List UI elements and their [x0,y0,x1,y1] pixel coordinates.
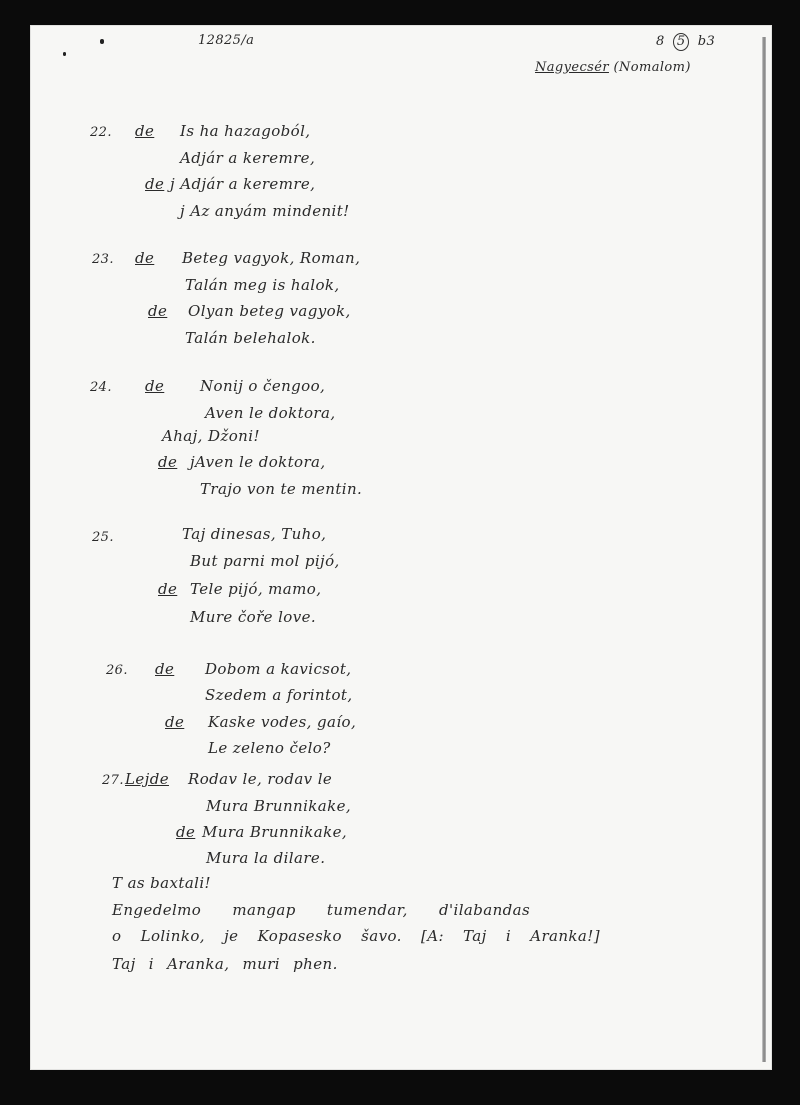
verse-line: Talán meg is halok, [185,276,340,294]
line-prefix: de [135,122,154,140]
line-prefix: de [148,302,167,320]
stanza-number: 26. [106,663,128,678]
scanned-page: 12825/a 8 5 b3 Nagyecsér (Nomalom) 22. d… [30,25,772,1070]
page-ref-prefix: 8 [656,34,665,49]
performer-name: (Nomalom) [614,60,691,75]
line-prefix: de [176,823,195,841]
verse-line: Tele pijó, mamo, [190,580,321,598]
verse-line: Ahaj, Džoni! [162,427,260,445]
prose-line: T as baxtali! [112,874,211,892]
stanza-number: 22. [90,125,112,140]
stanza-number: 23. [92,252,114,267]
place-name: Nagyecsér [535,60,609,75]
verse-line: Talán belehalok. [185,329,316,347]
verse-line: Beteg vagyok, Roman, [182,249,360,267]
scan-speck [63,52,66,56]
stanza-number: 25. [92,530,114,545]
prose-line: o Lolinko, je Kopasesko šavo. [A: Taj i … [112,927,600,945]
verse-line: Aven le doktora, [205,404,336,422]
verse-line: Le zeleno čelo? [208,739,331,757]
verse-line: Nonij o čengoo, [200,377,325,395]
verse-line: Mura Brunnikake, [206,797,351,815]
verse-line: j Adjár a keremre, [170,175,315,193]
verse-line: Olyan beteg vagyok, [188,302,351,320]
verse-line: Is ha hazagoból, [180,122,310,140]
verse-line: j Az anyám mindenit! [180,202,350,220]
line-prefix: de [135,249,154,267]
verse-line: Szedem a forintot, [205,686,353,704]
page-ref-circled: 5 [673,33,689,51]
scan-speck [100,39,104,44]
line-prefix: de [155,660,174,678]
line-prefix: de [145,377,164,395]
prose-line: Engedelmo mangap tumendar, d'ilabandas [112,901,530,919]
location-heading: Nagyecsér (Nomalom) [535,60,691,75]
verse-line: Adjár a keremre, [180,149,315,167]
line-prefix: de [165,713,184,731]
line-prefix: de [158,580,177,598]
verse-line: Rodav le, rodav le [188,770,332,788]
verse-line: Taj dinesas, Tuho, [182,525,326,543]
line-prefix: de [145,175,164,193]
prose-line: Taj i Aranka, muri phen. [112,955,338,973]
verse-line: jAven le doktora, [190,453,326,471]
line-prefix: Lejde [125,770,169,788]
verse-line: Mure čoře love. [190,608,316,626]
verse-line: Dobom a kavicsot, [205,660,351,678]
archive-number: 12825/a [198,33,254,48]
line-prefix: de [158,453,177,471]
verse-line: Kaske vodes, gaío, [208,713,356,731]
page-ref-suffix: b3 [698,34,715,49]
verse-line: Mura la dilare. [206,849,325,867]
stanza-number: 24. [90,380,112,395]
verse-line: Mura Brunnikake, [202,823,347,841]
page-reference: 8 5 b3 [656,33,715,51]
stanza-number: 27. [102,773,124,788]
verse-line: Trajo von te mentin. [200,480,362,498]
verse-line: But parni mol pijó, [190,552,340,570]
